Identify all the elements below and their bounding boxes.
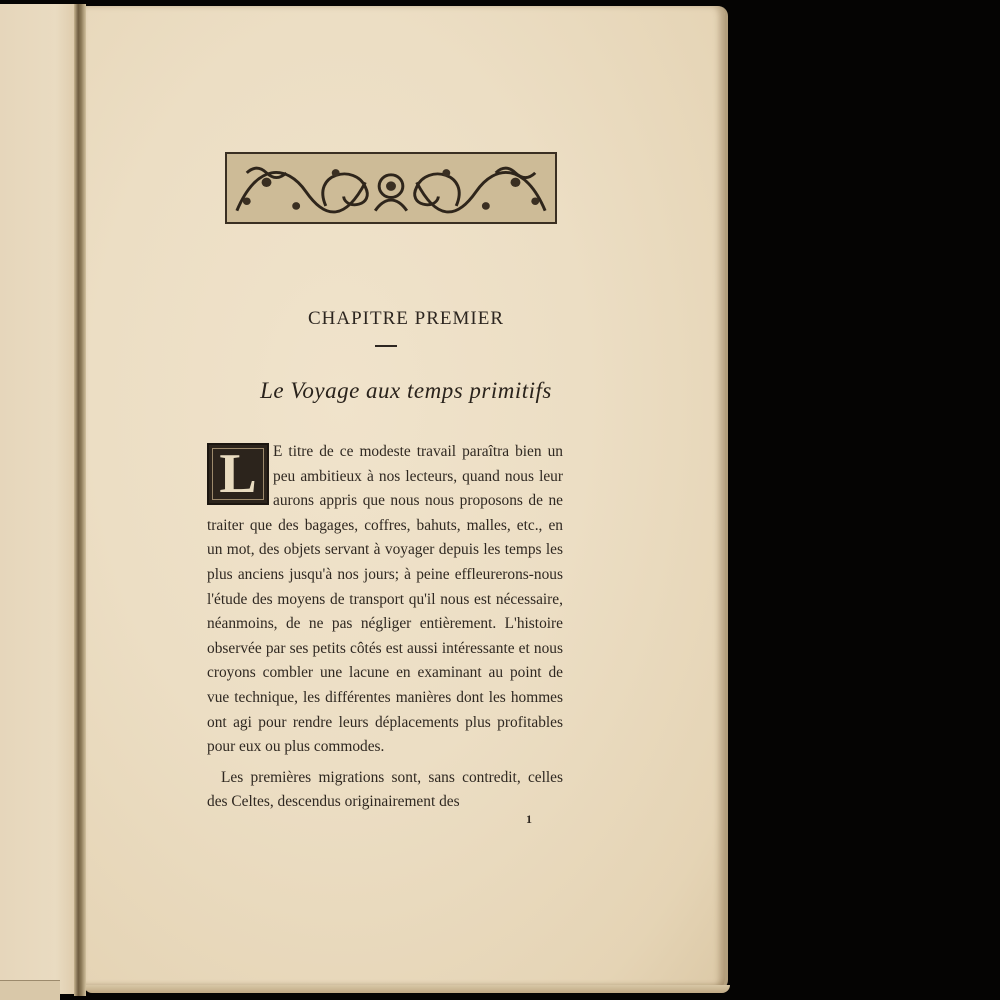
- book-gutter: [74, 4, 86, 996]
- chapter-title: Le Voyage aux temps primitifs: [84, 378, 728, 404]
- drop-cap-initial: L: [207, 443, 269, 505]
- page-number: 1: [526, 812, 532, 827]
- left-page-edge: [0, 4, 80, 994]
- chapter-separator: [375, 345, 397, 347]
- page-bottom-edge: [84, 985, 730, 993]
- left-page-bottom-edge: [0, 980, 60, 1000]
- body-text: L E titre de ce modeste travail paraîtra…: [207, 440, 563, 815]
- ornamental-headpiece-icon: [225, 152, 557, 224]
- chapter-label: CHAPITRE PREMIER: [84, 308, 728, 330]
- paragraph-2: Les premières migrations sont, sans cont…: [207, 766, 563, 815]
- book-photo: CHAPITRE PREMIER Le Voyage aux temps pri…: [0, 0, 1000, 1000]
